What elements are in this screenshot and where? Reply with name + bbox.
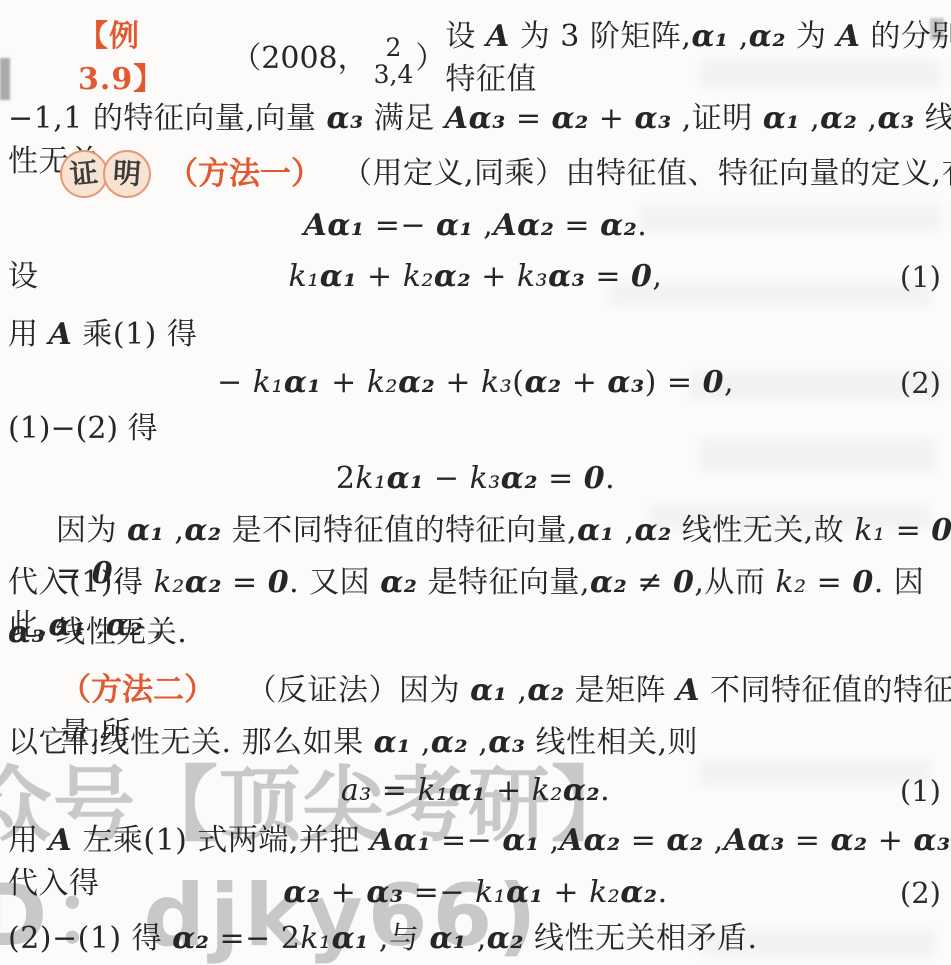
multiply-line: 用 A 乘(1) 得: [0, 314, 951, 357]
method2-equation-1: a₃ = k₁α₁ + k₂α₂.: [0, 770, 951, 813]
statement-text: 设 A 为 3 阶矩阵,α₁ ,α₂ 为 A 的分别属于特征值: [445, 16, 951, 101]
equation-1: k₁α₁ + k₂α₂ + k₃α₃ = 0,: [0, 256, 951, 299]
method2-para2: 以它们线性无关. 那么如果 α₁ ,α₂ ,α₃ 线性相关,则: [0, 722, 951, 765]
example-label: 【例 3.9】: [78, 16, 217, 101]
method2-equation-2-number: (2): [900, 873, 941, 914]
method2-equation-2: α₂ + α₃ =− k₁α₁ + k₂α₂.: [0, 872, 951, 915]
method2-equation-2-row: α₂ + α₃ =− k₁α₁ + k₂α₂. (2): [0, 872, 951, 915]
exam-source-stack: 2 3,4: [374, 34, 414, 88]
equation-1-number: (1): [900, 257, 941, 298]
exam-source-close: ）: [415, 38, 445, 81]
proof-seal-char2: 明: [101, 148, 152, 199]
proof-seal: 证 明: [60, 150, 151, 198]
exam-source-open: （2008，: [217, 38, 371, 81]
method1-intro: （用定义,同乘）由特征值、特征向量的定义,有: [342, 153, 951, 196]
method1-para3: α₃ 线性无关.: [0, 612, 951, 655]
equation-3: 2k₁α₁ − k₃α₂ = 0.: [0, 458, 951, 501]
example-statement-line1: 【例 3.9】 （2008， 2 3,4 ） 设 A 为 3 阶矩阵,α₁ ,α…: [0, 16, 951, 102]
equation-2: − k₁α₁ + k₂α₂ + k₃(α₂ + α₃) = 0,: [0, 362, 951, 405]
proof-heading-row: 证 明 （方法一） （用定义,同乘）由特征值、特征向量的定义,有: [0, 150, 951, 198]
equation-2-row: − k₁α₁ + k₂α₂ + k₃(α₂ + α₃) = 0, (2): [0, 362, 951, 405]
textbook-page: 众号【顶尖考研】 D：djky66) 【例 3.9】 （2008， 2 3,4 …: [0, 0, 951, 965]
exam-source-bottom: 3,4: [374, 61, 414, 88]
let-word: 设: [8, 256, 39, 299]
equation-1-row: 设 k₁α₁ + k₂α₂ + k₃α₃ = 0, (1): [0, 256, 951, 299]
method2-label: （方法二）: [60, 672, 215, 708]
subtract-line: (1)−(2) 得: [0, 408, 951, 451]
exam-source-top: 2: [386, 34, 402, 61]
method2-equation-1-row: a₃ = k₁α₁ + k₂α₂. (1): [0, 770, 951, 813]
equation-2-number: (2): [900, 363, 941, 404]
method2-equation-1-number: (1): [900, 771, 941, 812]
equation-definitions: Aα₁ =− α₁ ,Aα₂ = α₂.: [0, 205, 951, 248]
method2-para4: (2)−(1) 得 α₂ =− 2k₁α₁ ,与 α₁ ,α₂ 线性无关相矛盾.: [0, 918, 951, 961]
method1-label: （方法一）: [167, 152, 322, 196]
